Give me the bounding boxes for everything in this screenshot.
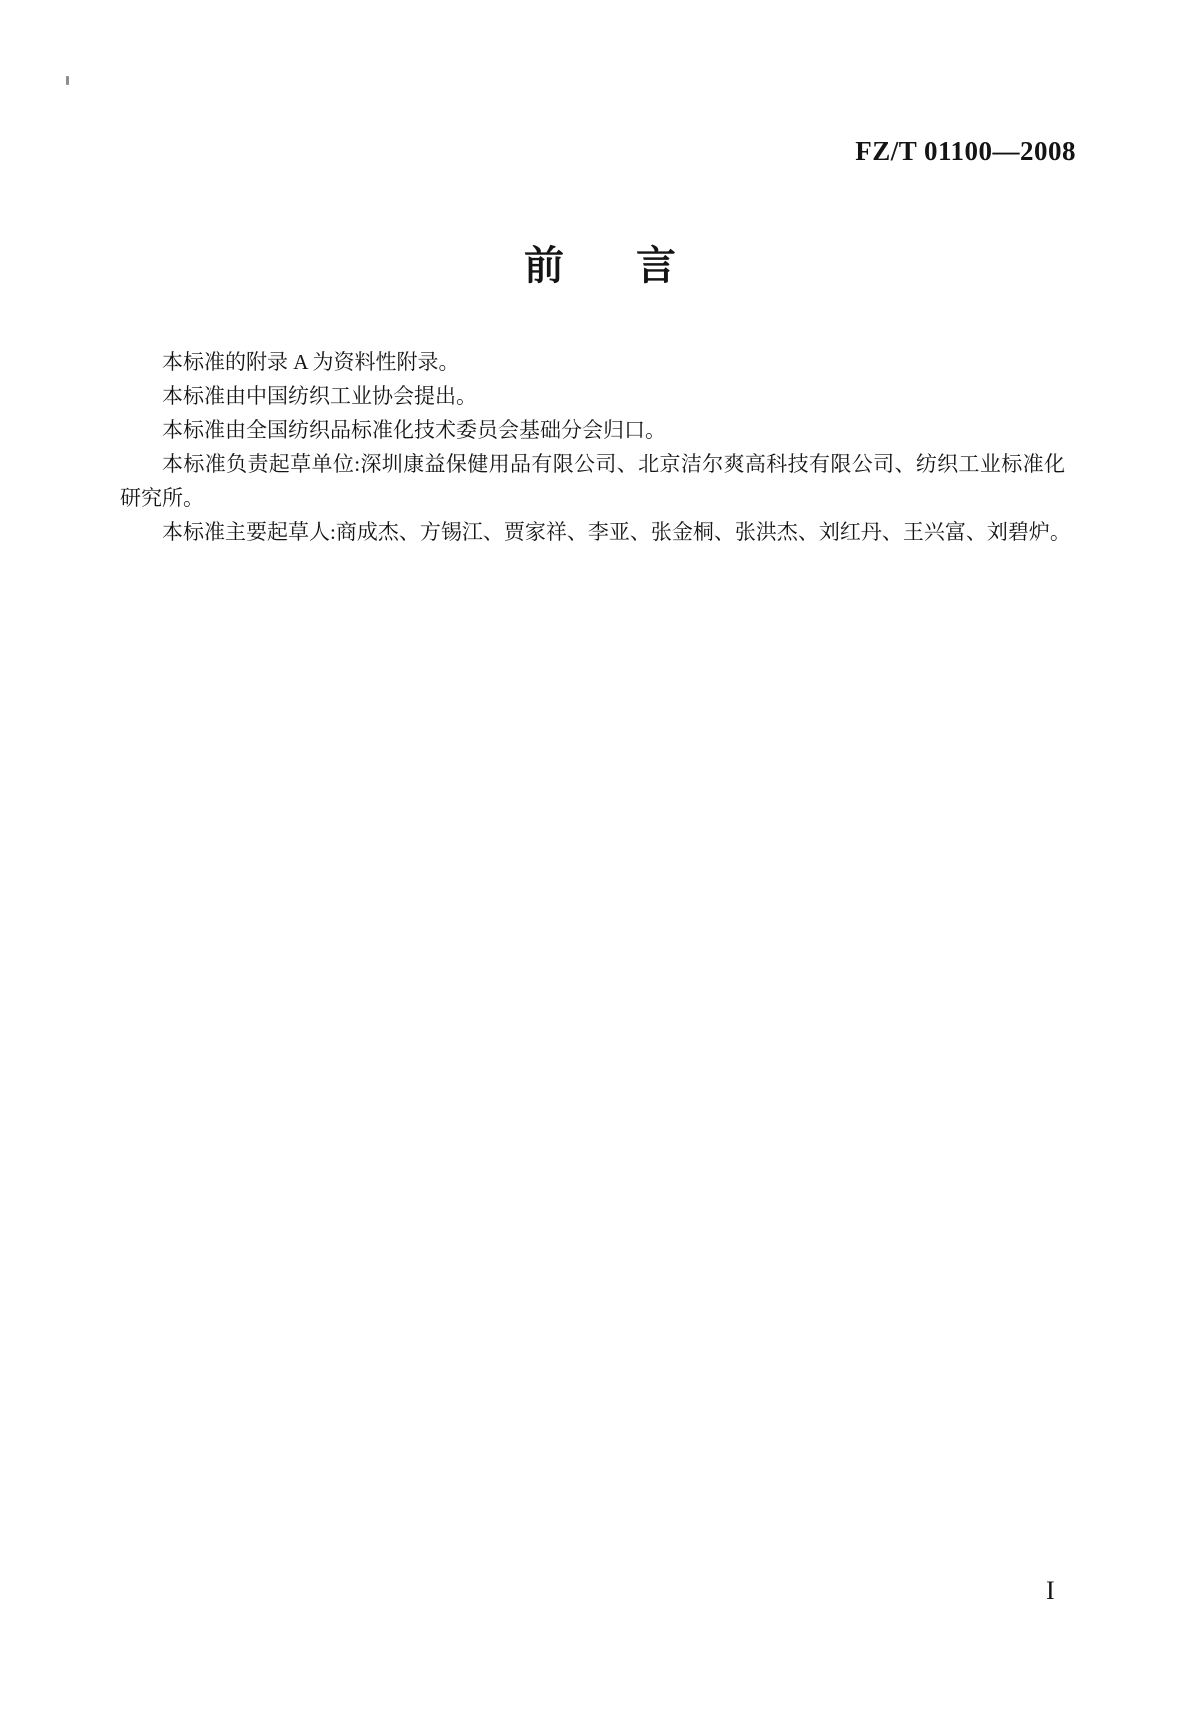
document-page: FZ/T 01100—2008 前 言 本标准的附录 A 为资料性附录。 本标准…: [0, 0, 1200, 1721]
page-title-char-1: 前: [524, 242, 564, 290]
foreword-body: 本标准的附录 A 为资料性附录。 本标准由中国纺织工业协会提出。 本标准由全国纺…: [120, 345, 1100, 549]
paragraph-drafting-organizations: 本标准负责起草单位:深圳康益保健用品有限公司、北京洁尔爽高科技有限公司、纺织工业…: [120, 447, 1065, 515]
paragraph-centralized-by: 本标准由全国纺织品标准化技术委员会基础分会归口。: [120, 413, 1100, 447]
page-title-char-2: 言: [636, 242, 676, 290]
paragraph-proposed-by: 本标准由中国纺织工业协会提出。: [120, 379, 1100, 413]
paragraph-main-drafters: 本标准主要起草人:商成杰、方锡江、贾家祥、李亚、张金桐、张洪杰、刘红丹、王兴富、…: [120, 515, 1100, 549]
page-number: I: [1046, 1576, 1055, 1606]
standard-code-header: FZ/T 01100—2008: [855, 136, 1076, 167]
scan-artifact-speck: [66, 76, 69, 85]
paragraph-appendix-note: 本标准的附录 A 为资料性附录。: [120, 345, 1100, 379]
page-title: 前 言: [0, 242, 1200, 290]
